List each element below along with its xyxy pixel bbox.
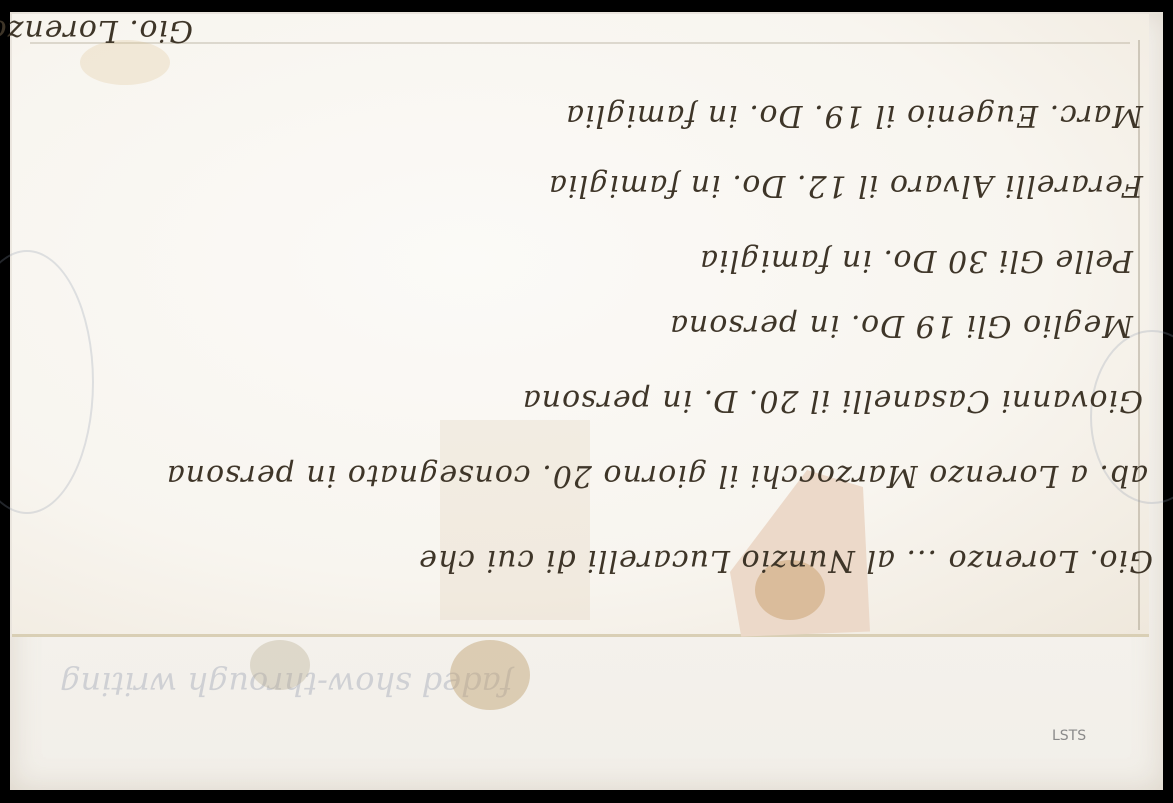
handwritten-line-4: Meglio Gli 19 Do. in persona — [669, 308, 1133, 343]
handwritten-line-1: Marc. Eugenio il 19. Do. in famiglia — [565, 98, 1143, 133]
handwritten-line-5: Giovanni Casanelli il 20. D. in persona — [522, 383, 1143, 418]
pencil-note: LSTS — [1052, 728, 1086, 744]
handwriting-block: Gio. Lorenzo Cavalli Cav. Marc. Eugenio … — [0, 0, 1173, 803]
handwritten-line-2: Ferarelli Alvaro il 12. Do. in famiglia — [548, 168, 1143, 203]
handwritten-signature: Gio. Lorenzo Cavalli Cav. — [0, 13, 193, 48]
handwritten-line-6: ab. a Lorenzo Marzocchi il giorno 20. co… — [166, 458, 1148, 493]
photo-frame: faded show-through writing faded show-th… — [0, 0, 1173, 803]
handwritten-line-3: Pelle Gli 30 Do. in famiglia — [699, 243, 1133, 278]
handwritten-line-7: Gio. Lorenzo ... al Nunzio Lucarelli di … — [418, 543, 1153, 578]
